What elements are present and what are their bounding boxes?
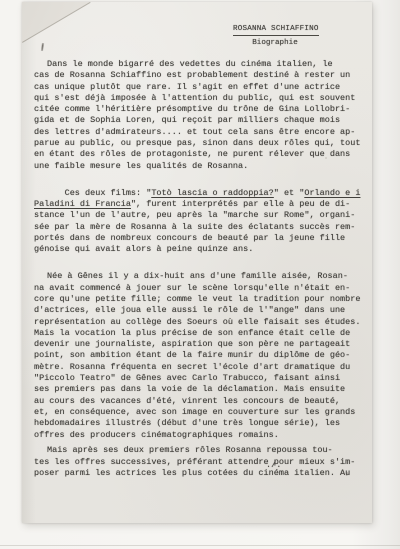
film-title-2: Orlando e i bbox=[304, 188, 360, 198]
document-title: ROSANNA SCHIAFFINO bbox=[233, 25, 319, 36]
scan-background: { "colors": { "scanner_background": "#f6… bbox=[0, 0, 400, 549]
document-page: ROSANNA SCHIAFFINO Biographie Dans le mo… bbox=[22, 2, 372, 523]
paragraph-2-text: Ces deux films: " bbox=[65, 188, 152, 198]
film-title-2-continued: Paladini di Francia bbox=[34, 199, 131, 209]
body-text: Dans le monde bigarré des vedettes du ci… bbox=[34, 59, 368, 484]
scanner-artifact-line bbox=[0, 545, 400, 546]
paragraph-1: Dans le monde bigarré des vedettes du ci… bbox=[34, 59, 368, 172]
paragraph-2-text: " et " bbox=[274, 188, 305, 198]
document-header: ROSANNA SCHIAFFINO Biographie bbox=[233, 25, 317, 48]
paragraph-3: Née à Gênes il y a dix-huit ans d'une fa… bbox=[34, 271, 368, 440]
ink-speck bbox=[40, 43, 44, 51]
document-subtitle: Biographie bbox=[233, 39, 317, 48]
paragraph-2: Ces deux films: "Totò lascia o raddoppia… bbox=[34, 176, 368, 266]
continuation-mark: ./. bbox=[266, 460, 281, 470]
paragraph-4: Mais après ses deux premiers rôles Rosan… bbox=[34, 445, 368, 479]
film-title-1: Totò lascia o raddoppia? bbox=[151, 188, 273, 198]
